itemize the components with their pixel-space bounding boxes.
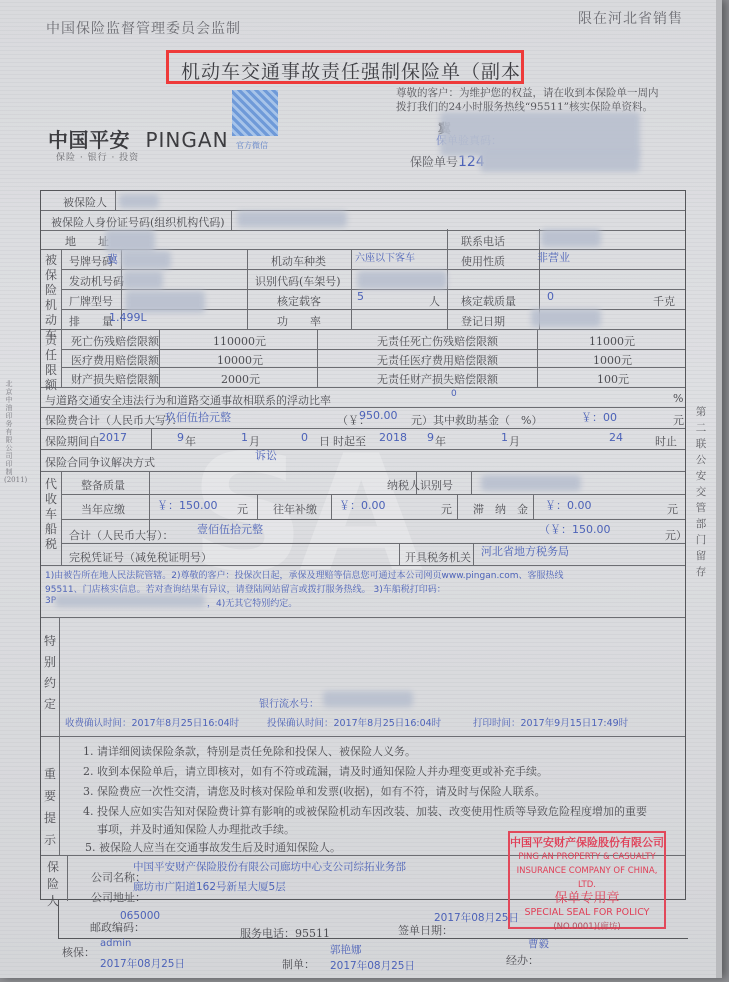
redacted-block: [105, 230, 155, 252]
redacted-block: [119, 194, 159, 208]
load-label: 核定载质量: [461, 293, 516, 309]
period-start-day: 1: [241, 431, 248, 444]
special-line-3: ，4)无其它特别约定。: [207, 596, 297, 609]
taxpayer-id-label: 纳税人识别号: [387, 477, 453, 493]
insured-name-label: 被保险人: [63, 194, 107, 210]
print-time: 打印时间：2017年9月15日17:49时: [473, 715, 628, 729]
vehicle-type-value: 六座以下客车: [355, 249, 415, 264]
handler-user: 曹毅: [528, 936, 549, 951]
displacement-value: 1.499L: [109, 311, 147, 324]
premium-amount: 950.00: [359, 409, 398, 422]
address-label: 地 址: [65, 233, 109, 249]
vehicle-tax-section-label: 代收车船税: [44, 477, 58, 552]
period-label: 保险期间自: [45, 433, 100, 449]
dispute-label: 保险合同争议解决方式: [45, 454, 155, 470]
special-line-1: 1)由被告所在地人民法院管辖。2)尊敬的客户：投保次日起，承保及理赔等信息您可通…: [45, 568, 564, 581]
limit-value: 110000元: [213, 333, 266, 349]
float-rate-unit: %: [673, 392, 683, 405]
arrears-value: ￥：0.00: [339, 497, 386, 513]
usage-value: 非营业: [537, 249, 570, 265]
redacted-block: [481, 475, 581, 491]
seats-unit: 人: [429, 293, 440, 309]
period-end-month: 9: [427, 431, 434, 444]
verification-notice: 尊敬的客户：为维护您的权益，请在收到本保险单一周内 拨打我们的24小时服务热线“…: [396, 86, 686, 114]
premium-total-words: 玖佰伍拾元整: [165, 409, 231, 425]
seal-line: SPECIAL SEAL FOR POLICY: [510, 906, 664, 920]
arrears-label: 往年补缴: [273, 501, 317, 517]
logo-en: PINGAN: [145, 128, 228, 152]
maker-label: 制单：: [282, 956, 315, 972]
limit-label: 财产损失赔偿限额: [71, 371, 159, 387]
logo-tagline: 保险 · 银行 · 投资: [56, 150, 139, 163]
limit-value: 2000元: [221, 371, 260, 387]
float-rate-label: 与道路交通安全违法行为和道路交通事故相联系的浮动比率: [45, 392, 331, 408]
postcode-value: 065000: [120, 910, 160, 922]
redacted-block: [125, 291, 205, 313]
period-end-hour: 24: [609, 431, 623, 444]
day-unit: 日: [319, 433, 330, 449]
late-fee-value: ￥：0.00: [545, 497, 592, 513]
period-end-year: 2018: [379, 431, 407, 444]
seal-line: INSURANCE COMPANY OF CHINA, LTD.: [510, 864, 664, 892]
insurance-policy-document: SA 中国保险监督管理委员会监制 限在河北省销售 机动车交通事故责任强制保险单（…: [0, 0, 722, 978]
displacement-label: 排 量: [69, 313, 113, 329]
seal-line: 中国平安财产保险股份有限公司: [510, 836, 664, 850]
model-label: 厂牌型号: [69, 293, 113, 309]
sign-date-value: 2017年08月25日: [434, 910, 519, 925]
engine-no-label: 发动机号码: [69, 273, 124, 289]
nf-limit-label: 无责任死亡伤残赔偿限额: [377, 333, 498, 349]
tax-total-unit: 元）: [665, 527, 687, 543]
dispute-value: 诉讼: [255, 447, 277, 463]
important-note: 5. 被保险人应当在交通事故发生后及时通知保险人。: [85, 839, 341, 855]
tax-total-label: 合计（人民币大写）：: [69, 527, 174, 543]
document-title: 机动车交通事故责任强制保险单（副本: [166, 50, 524, 84]
sale-region-text: 限在河北省销售: [578, 8, 683, 28]
limit-value: 10000元: [217, 352, 263, 368]
limits-section-label: 责任限额: [44, 333, 58, 393]
special-line-2: 95511、门店核实信息。若对查询结果有异议，请登陆网站留言或拨打服务热线。 3…: [45, 582, 446, 595]
company-address-value: 廊坊市广阳道162号新星大厦5层: [133, 879, 286, 894]
current-tax-label: 当年应缴: [81, 501, 125, 517]
seal-line: 保单专用章: [510, 892, 664, 906]
curb-weight-label: 整备质量: [81, 477, 125, 493]
plate-value: 冀: [107, 251, 118, 267]
underwriting-confirm-time: 投保确认时间：2017年8月25日16:04时: [267, 715, 441, 729]
important-notes-label: 重要提示: [43, 763, 57, 851]
usage-label: 使用性质: [461, 253, 505, 269]
table-bottom-border: [58, 938, 688, 939]
voucher-label: 完税凭证号（减免税证明号）: [69, 549, 212, 565]
nf-limit-label: 无责任财产损失赔偿限额: [377, 371, 498, 387]
policy-table: 被保险人 被保险人身份证号码(组织机构代码) 地 址 联系电话 被保险机动车 号…: [40, 190, 686, 900]
load-value: 0: [547, 290, 554, 303]
important-note: 2. 收到本保险单后，请立即核对，如有不符或疏漏，请及时通知保险人并办理变更或补…: [83, 763, 548, 779]
period-start-hour: 0: [301, 431, 308, 444]
period-end-day: 1: [501, 431, 508, 444]
phone-label: 联系电话: [461, 233, 505, 249]
fund-amount: ￥：00: [581, 409, 617, 425]
maker-date: 2017年08月25日: [330, 958, 415, 973]
review-user: admin: [100, 938, 131, 949]
important-note: 事项，并及时通知保险人办理批改手续。: [97, 821, 295, 837]
nf-limit-value: 100元: [597, 371, 629, 387]
redacted-block: [237, 211, 347, 227]
redacted-block: [323, 691, 413, 707]
maker-user: 郭艳娜: [330, 942, 362, 957]
review-label: 核保：: [62, 944, 95, 960]
logo-cn: 中国平安: [48, 128, 130, 152]
important-note: 3. 保险费应一次性交清，请您及时核对保险单和发票(收据)，如有不符，请及时与保…: [83, 783, 546, 799]
year-unit: 年: [185, 433, 196, 449]
arrears-unit: 元: [441, 501, 452, 517]
copy-designation: 第二联 公安交管部门留存: [694, 404, 708, 580]
period-start-month: 9: [177, 431, 184, 444]
nf-limit-value: 11000元: [589, 333, 635, 349]
seats-label: 核定载客: [277, 293, 321, 309]
fund-unit: 元: [673, 412, 684, 428]
period-start-year: 2017: [99, 431, 127, 444]
power-label: 功 率: [277, 313, 321, 329]
seats-value: 5: [357, 290, 364, 303]
printer-imprint: 北京中油印务有限公司印制(2011): [4, 380, 14, 484]
bank-serial-label: 银行流水号：: [259, 695, 319, 710]
table-left-border: [58, 900, 59, 938]
redacted-block: [55, 595, 205, 607]
vin-label: 识别代码(车架号): [255, 273, 341, 289]
insured-id-label: 被保险人身份证号码(组织机构代码): [51, 214, 225, 230]
year-unit: 年: [435, 433, 446, 449]
payment-confirm-time: 收费确认时间：2017年8月25日16:04时: [65, 715, 239, 729]
seal-line: (NO.0001)(廊坊): [510, 920, 664, 934]
period-end-label: 时止: [655, 433, 677, 449]
late-fee-label: 滞 纳 金: [473, 501, 528, 517]
review-date: 2017年08月25日: [100, 956, 185, 971]
month-unit: 月: [509, 433, 520, 449]
redacted-block: [531, 309, 601, 327]
redacted-block: [541, 229, 601, 247]
notice-line-1: 尊敬的客户：为维护您的权益，请在收到本保险单一周内: [396, 86, 686, 100]
nf-limit-label: 无责任医疗费用赔偿限额: [377, 352, 498, 368]
current-tax-unit: 元: [237, 501, 248, 517]
vehicle-type-label: 机动车种类: [271, 253, 326, 269]
vehicle-section-label: 被保险机动车: [44, 253, 58, 343]
supervision-text: 中国保险监督管理委员会监制: [46, 18, 241, 38]
float-rate-value: 0: [451, 389, 457, 399]
nf-limit-value: 1000元: [593, 352, 632, 368]
important-note: 1. 请详细阅读保险条款，特别是责任免除和投保人、被保险人义务。: [83, 743, 416, 759]
redacted-block: [357, 271, 447, 289]
limit-label: 医疗费用赔偿限额: [71, 352, 159, 368]
policy-no-label: 保险单号: [410, 155, 458, 169]
company-name-value: 中国平安财产保险股份有限公司廊坊中心支公司综拓业务部: [133, 859, 406, 874]
late-fee-unit: 元: [667, 501, 678, 517]
company-seal: 中国平安财产保险股份有限公司 PING AN PROPERTY & CASUAL…: [508, 831, 666, 929]
redacted-block: [121, 251, 171, 269]
premium-amount-suffix: 元）其中救助基金（ %）: [411, 412, 542, 428]
premium-total-label: 保险费合计（人民币大写）：: [45, 412, 183, 428]
tax-total-words: 壹佰伍拾元整: [197, 521, 263, 537]
redacted-block: [480, 150, 640, 172]
tax-authority-label: 开具税务机关: [405, 549, 471, 565]
qr-code-icon: [232, 90, 278, 136]
reg-date-label: 登记日期: [461, 313, 505, 329]
hour-label: 时起至: [333, 433, 366, 449]
qr-label: 官方微信: [236, 140, 268, 151]
handler-label: 经办：: [506, 952, 539, 968]
redacted-block: [123, 271, 163, 289]
seal-line: PING AN PROPERTY & CASUALTY: [510, 850, 664, 864]
tax-total-amount: （￥：150.00: [539, 521, 611, 537]
limit-label: 死亡伤残赔偿限额: [71, 333, 159, 349]
tax-authority-value: 河北省地方税务局: [481, 543, 569, 559]
load-unit: 千克: [653, 293, 675, 309]
current-tax-value: ￥：150.00: [157, 497, 218, 513]
important-note: 4. 投保人应如实告知对保险费计算有影响的或被保险机动车因改装、加装、改变使用性…: [83, 803, 647, 819]
special-terms-label: 特别约定: [43, 631, 57, 715]
pingan-logo: 中国平安 PINGAN: [48, 124, 229, 153]
